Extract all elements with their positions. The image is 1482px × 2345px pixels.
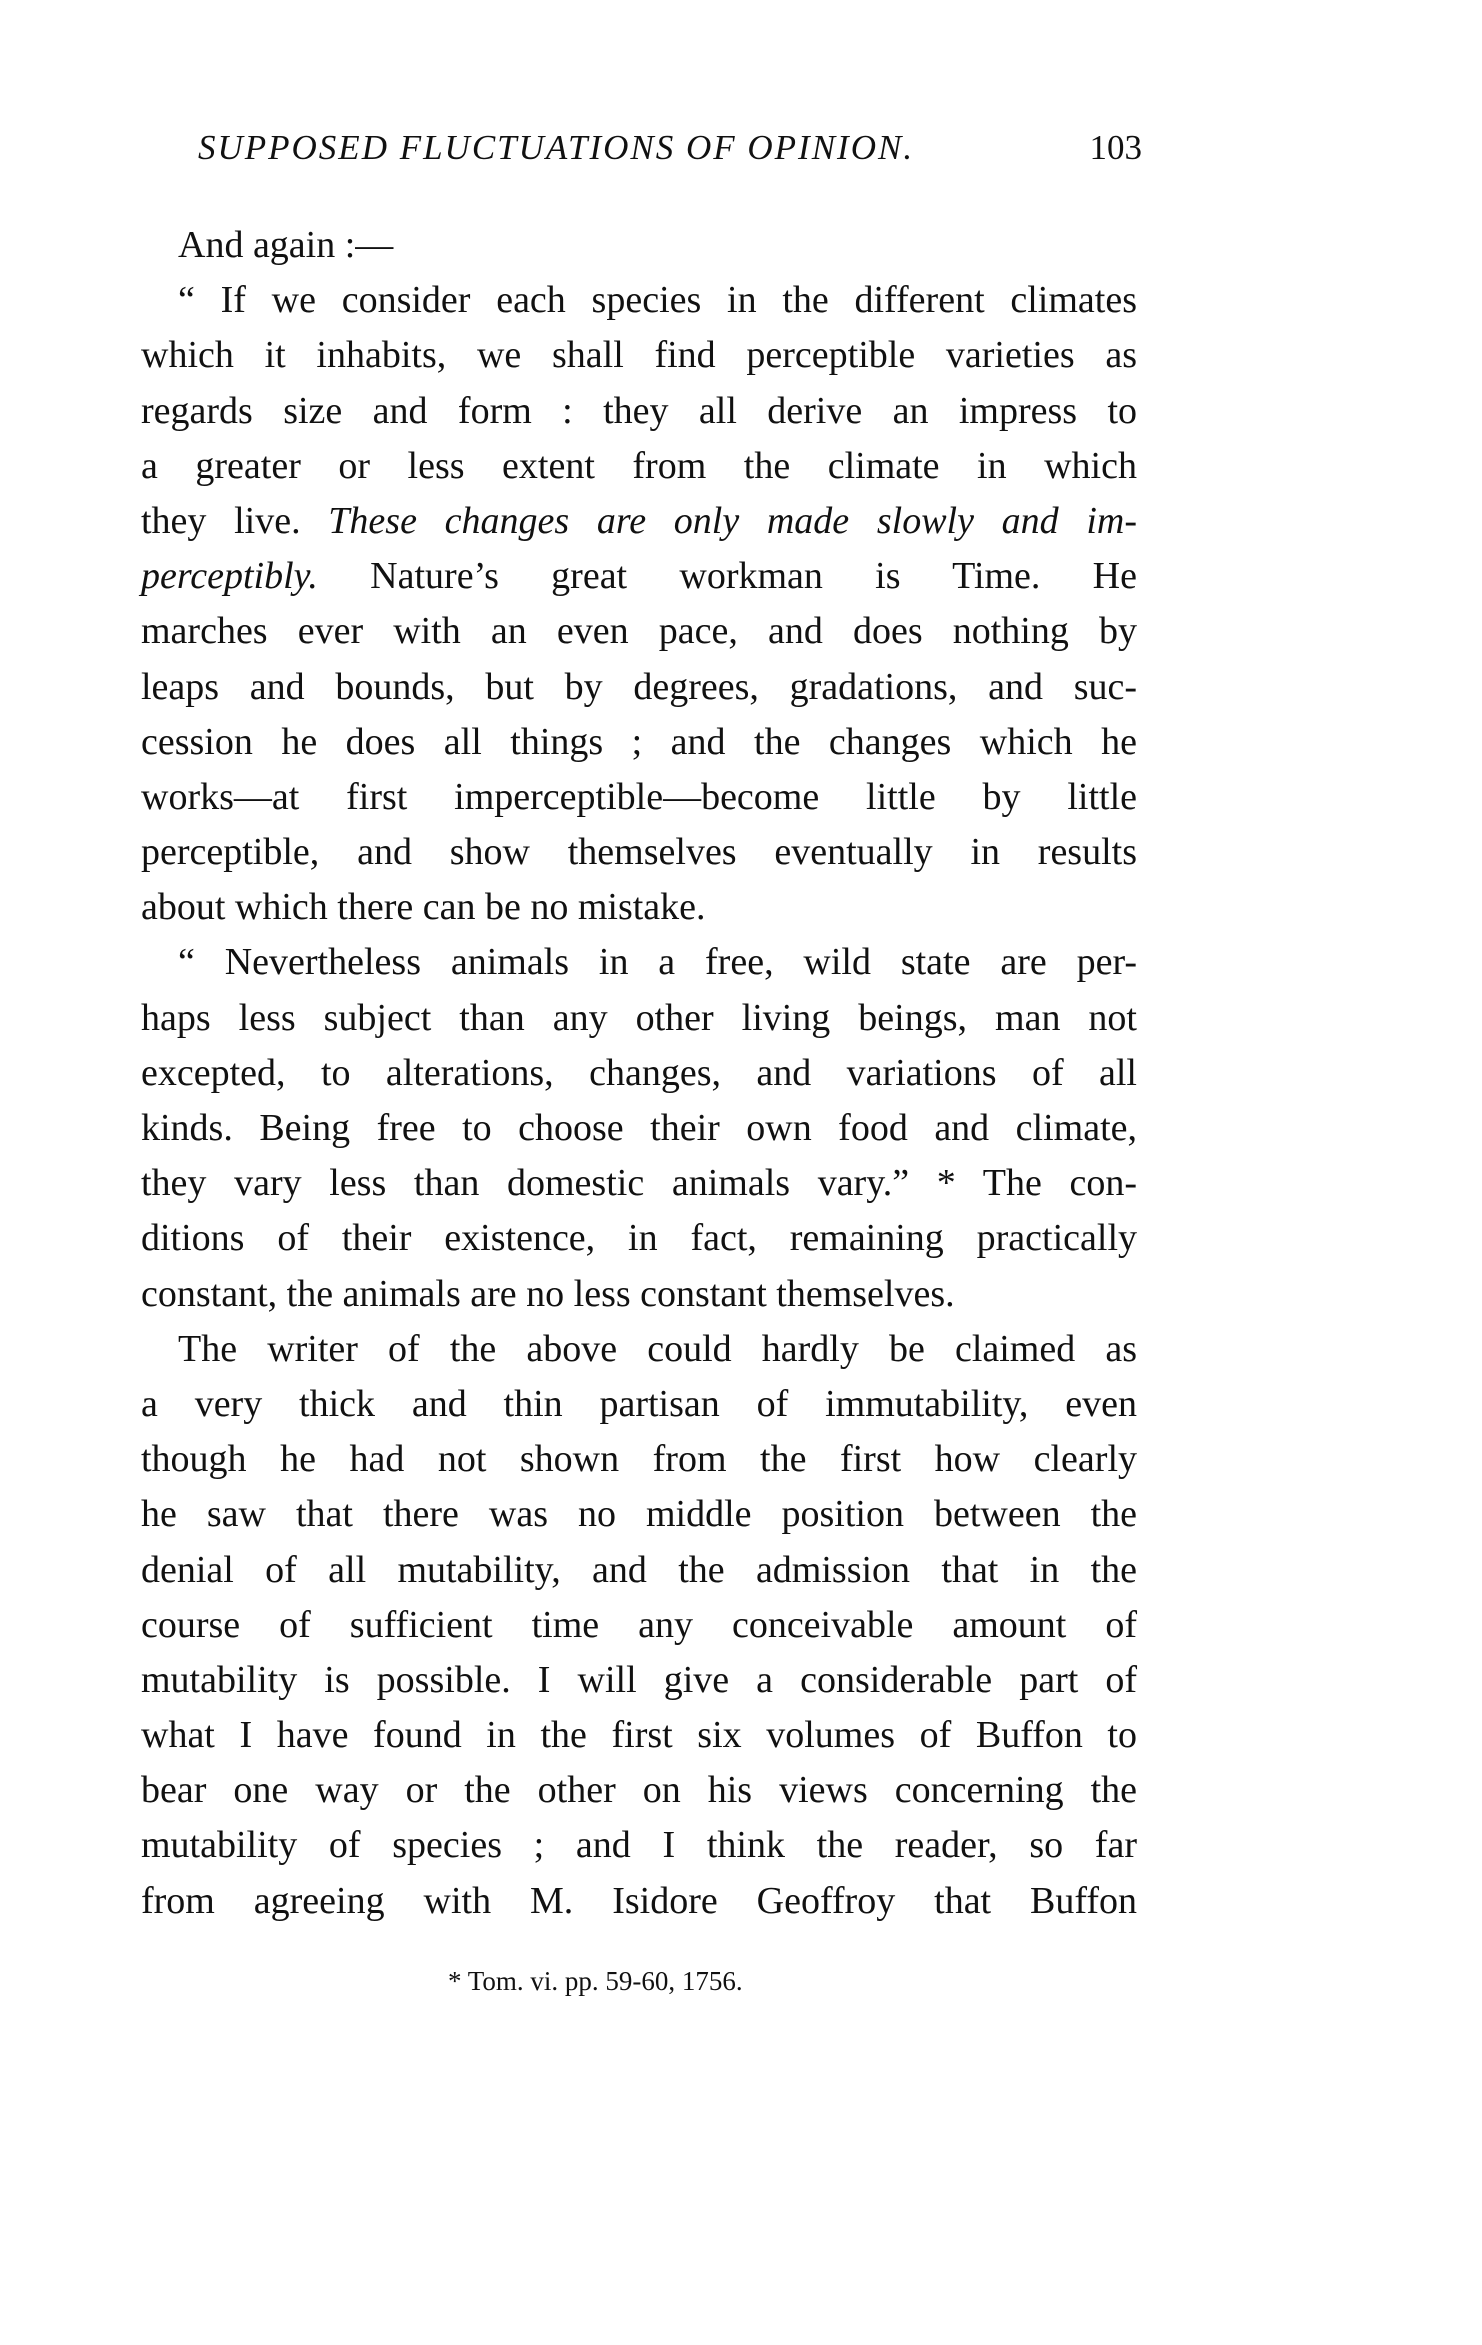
italic-emphasis: perceptibly.: [141, 555, 318, 597]
text-line: they live. These changes are only made s…: [141, 494, 1137, 549]
text-line: marches ever with an even pace, and does…: [141, 604, 1137, 659]
footnote: * Tom. vi. pp. 59-60, 1756.: [448, 1966, 743, 1997]
text-line: denial of all mutability, and the admiss…: [141, 1543, 1137, 1598]
page-number: 103: [1090, 128, 1143, 168]
running-title: SUPPOSED FLUCTUATIONS OF OPINION.: [198, 128, 914, 168]
text-line: mutability of species ; and I think the …: [141, 1818, 1137, 1873]
text-line: perceptible, and show themselves eventua…: [141, 825, 1137, 880]
text-line: bear one way or the other on his views c…: [141, 1763, 1137, 1818]
text-line: a greater or less extent from the climat…: [141, 439, 1137, 494]
text-line: from agreeing with M. Isidore Geoffroy t…: [141, 1874, 1137, 1929]
text-line: what I have found in the first six volum…: [141, 1708, 1137, 1763]
text-line: cession he does all things ; and the cha…: [141, 715, 1137, 770]
text-line: The writer of the above could hardly be …: [141, 1322, 1137, 1377]
text-line: a very thick and thin partisan of immuta…: [141, 1377, 1137, 1432]
text-line: “ If we consider each species in the dif…: [141, 273, 1137, 328]
text-line: about which there can be no mistake.: [141, 880, 1137, 935]
text-line: haps less subject than any other living …: [141, 991, 1137, 1046]
text-line: regards size and form : they all derive …: [141, 384, 1137, 439]
text-line: ditions of their existence, in fact, rem…: [141, 1211, 1137, 1266]
text-line: though he had not shown from the first h…: [141, 1432, 1137, 1487]
text-line: mutability is possible. I will give a co…: [141, 1653, 1137, 1708]
text-line: excepted, to alterations, changes, and v…: [141, 1046, 1137, 1101]
text-line: And again :—: [141, 218, 1137, 273]
text-line: he saw that there was no middle position…: [141, 1487, 1137, 1542]
text-line: perceptibly. Nature’s great workman is T…: [141, 549, 1137, 604]
text-line: course of sufficient time any conceivabl…: [141, 1598, 1137, 1653]
text-line: constant, the animals are no less consta…: [141, 1267, 1137, 1322]
book-page: SUPPOSED FLUCTUATIONS OF OPINION. 103 An…: [0, 0, 1482, 2345]
page-body: And again :—“ If we consider each specie…: [141, 218, 1137, 1929]
text-line: works—at first imperceptible—become litt…: [141, 770, 1137, 825]
page-header: SUPPOSED FLUCTUATIONS OF OPINION. 103: [198, 128, 1138, 178]
text-line: leaps and bounds, but by degrees, gradat…: [141, 660, 1137, 715]
text-line: they vary less than domestic animals var…: [141, 1156, 1137, 1211]
text-line: “ Nevertheless animals in a free, wild s…: [141, 935, 1137, 990]
italic-emphasis: These changes are only made slowly and i…: [328, 500, 1137, 542]
text-line: which it inhabits, we shall find percept…: [141, 328, 1137, 383]
text-line: kinds. Being free to choose their own fo…: [141, 1101, 1137, 1156]
